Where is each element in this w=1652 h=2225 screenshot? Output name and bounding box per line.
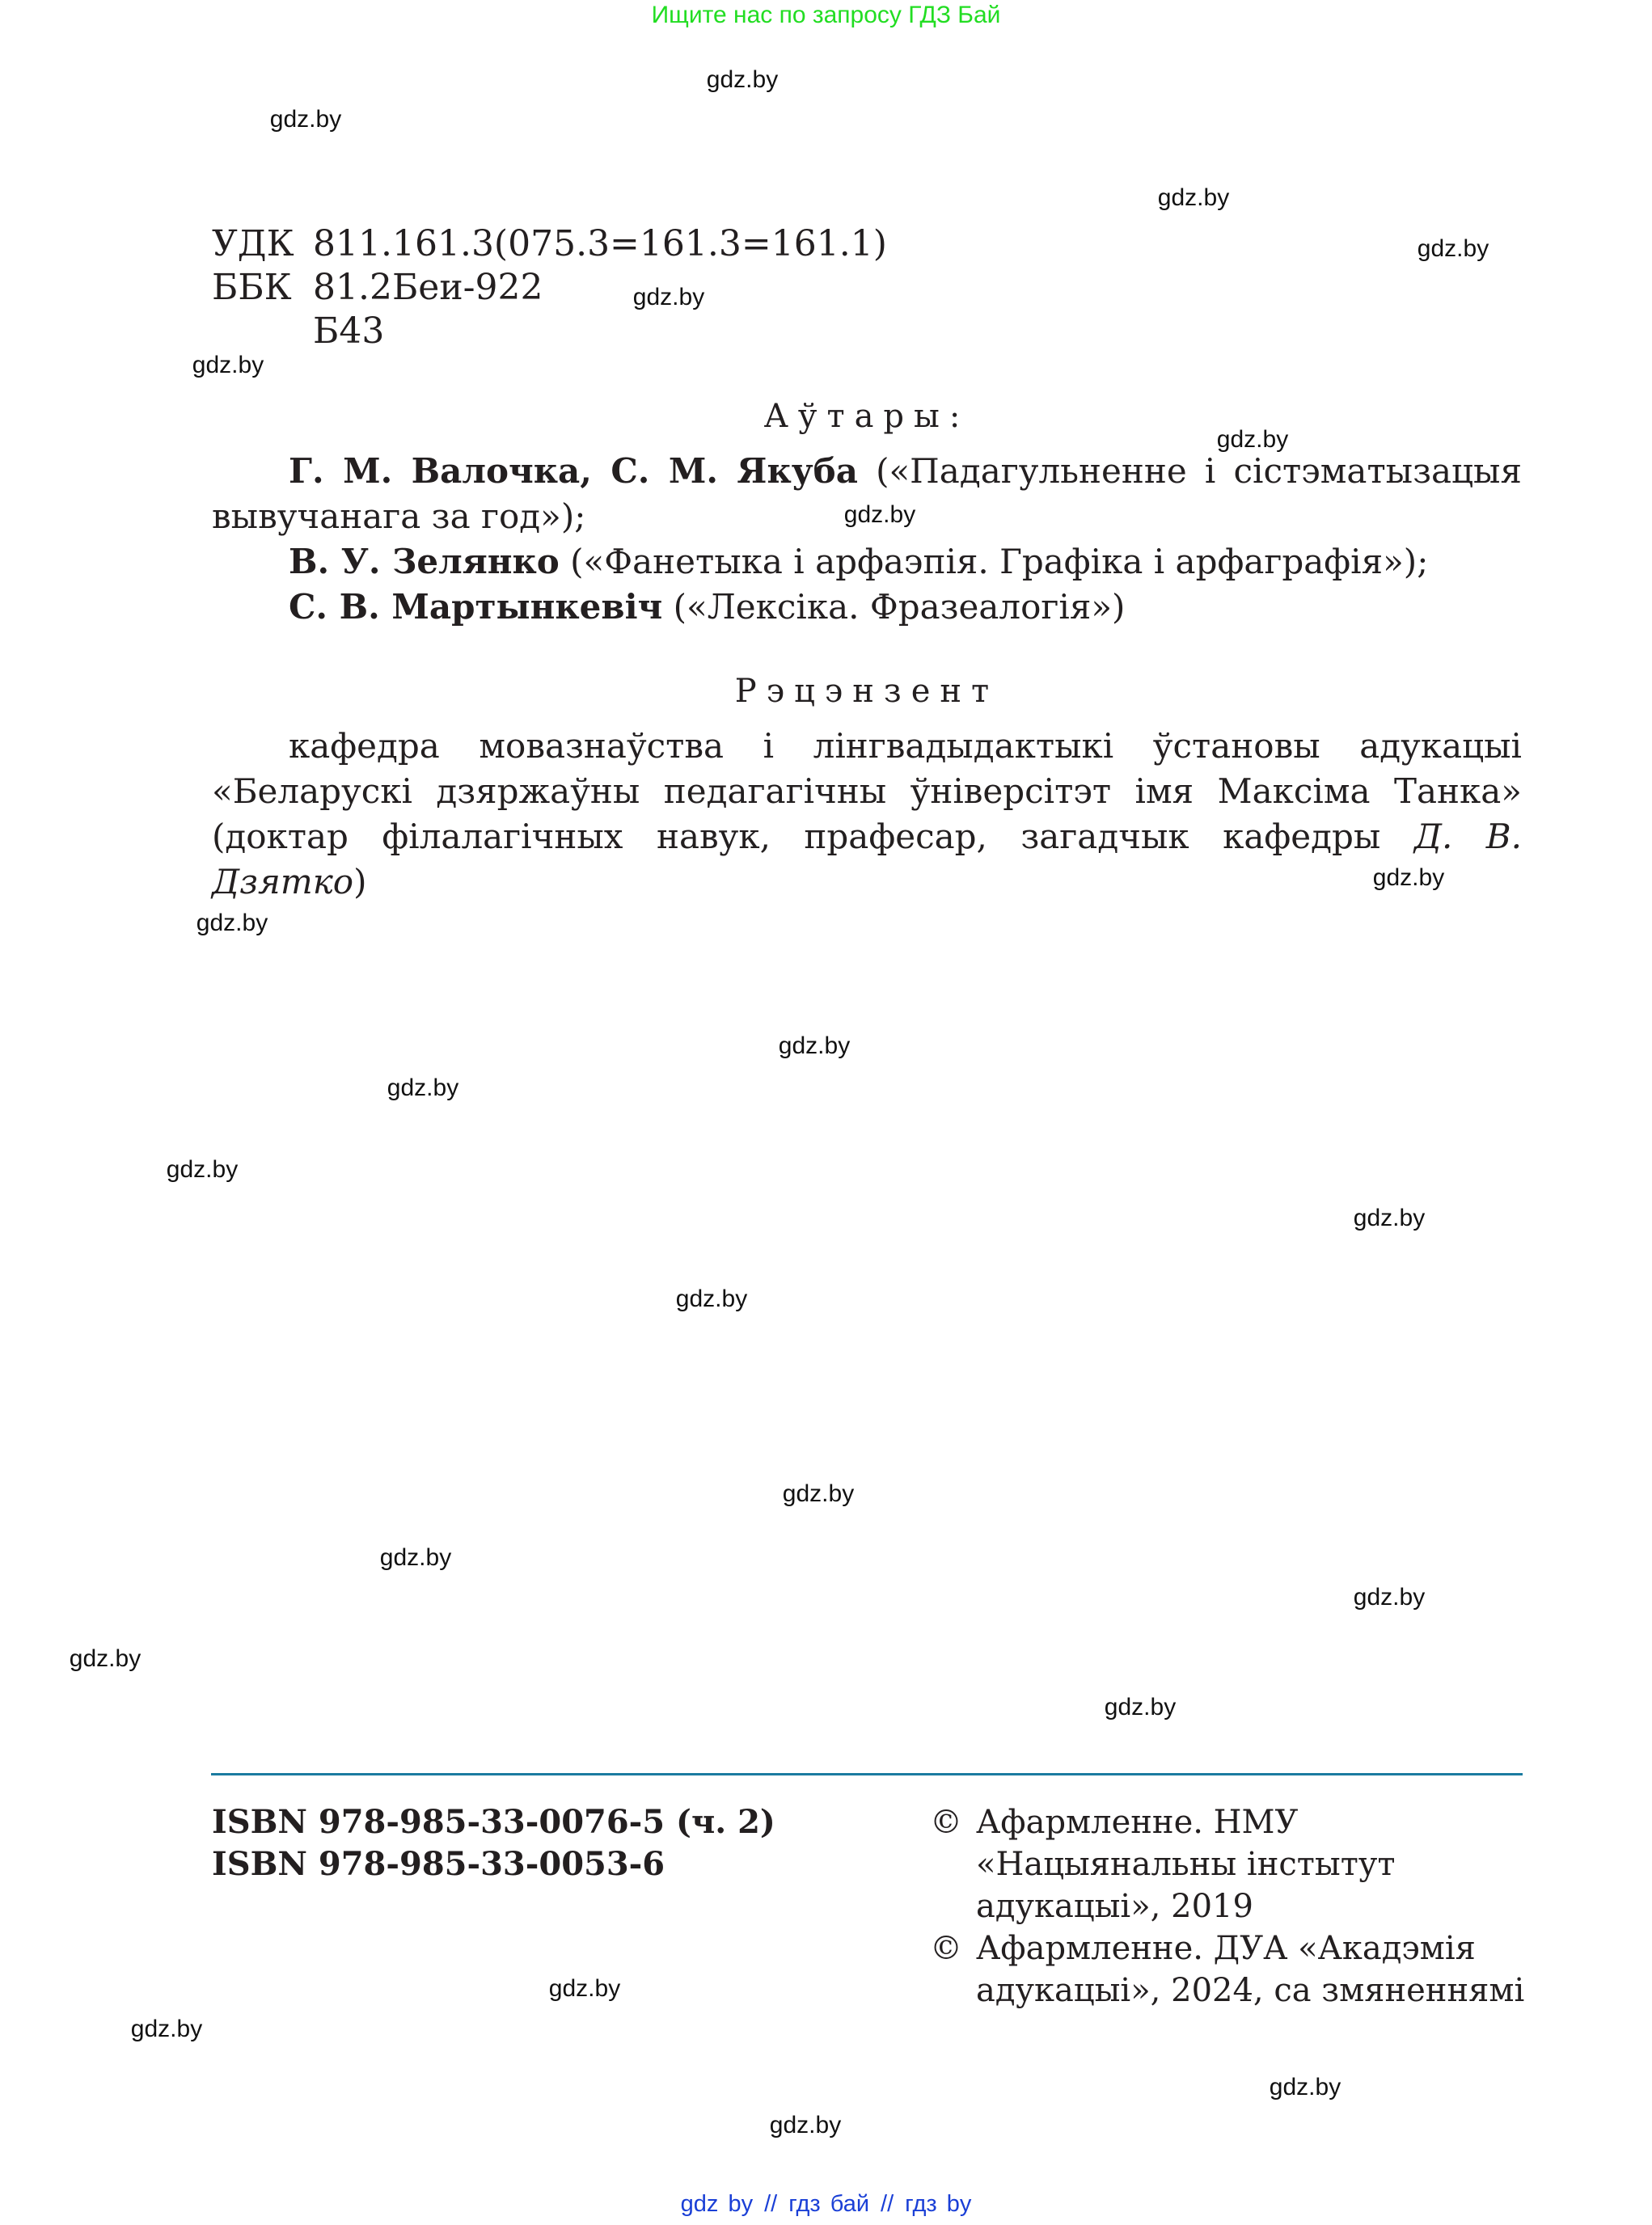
copyright-item: © Афармленне. ДУА «Акадэмія адукацыі», 2… — [930, 1927, 1528, 2012]
watermark: gdz.by — [676, 1286, 747, 1313]
watermark: gdz.by — [1105, 1694, 1176, 1721]
copyright-block: © Афармленне. НМУ «Нацыянальны інстытут … — [930, 1801, 1528, 2012]
copyright-icon: © — [930, 1927, 976, 2012]
udk-value: 811.161.3(075.3=161.3=161.1) — [313, 223, 887, 264]
footer-link-gdz-by-cyr[interactable]: гдз by — [905, 2191, 971, 2217]
author-entry: В. У. Зелянко («Фанетыка і арфаэпія. Гра… — [212, 539, 1522, 585]
copyright-icon: © — [930, 1801, 976, 1927]
author-names: В. У. Зелянко — [289, 542, 560, 581]
bbk-row: ББК81.2Беи-922 — [212, 266, 887, 310]
isbn-block: ISBN 978-985-33-0076-5 (ч. 2) ISBN 978-9… — [212, 1801, 775, 1885]
watermark: gdz.by — [1158, 184, 1229, 212]
divider-rule — [211, 1773, 1523, 1775]
watermark: gdz.by — [1418, 235, 1489, 263]
copyright-text: Афармленне. ДУА «Акадэмія адукацыі», 202… — [976, 1927, 1528, 2012]
watermark: gdz.by — [196, 910, 268, 937]
udk-row: УДК811.161.3(075.3=161.3=161.1) — [212, 222, 887, 266]
footer-links: gdz by//гдз бай//гдз by — [0, 2191, 1652, 2218]
reviewer-heading: Рэцэнзент — [212, 673, 1522, 710]
watermark: gdz.by — [380, 1544, 451, 1572]
authors-heading: Аўтары: — [212, 398, 1522, 435]
search-hint-banner: Ищите нас по запросу ГДЗ Бай — [0, 2, 1652, 29]
watermark: gdz.by — [779, 1032, 850, 1060]
author-names: С. В. Мартынкевіч — [289, 587, 662, 627]
reviewer-closing: ) — [353, 862, 366, 901]
watermark: gdz.by — [783, 1480, 854, 1508]
author-entry: Г. М. Валочка, С. М. Якуба («Падагульнен… — [212, 449, 1522, 539]
footer-link-gdz-by[interactable]: gdz by — [681, 2191, 753, 2217]
watermark: gdz.by — [1270, 2074, 1341, 2101]
reviewer-text: кафедра мовазнаўства і лінгвадыдактыкі ў… — [212, 724, 1522, 905]
watermark: gdz.by — [167, 1156, 238, 1184]
watermark: gdz.by — [549, 1975, 620, 2003]
author-section: («Лексіка. Фразеалогія») — [662, 587, 1125, 627]
watermark: gdz.by — [70, 1645, 141, 1673]
author-section: («Фанетыка і арфаэпія. Графіка і арфагра… — [560, 542, 1429, 581]
copyright-text: Афармленне. НМУ «Нацыянальны інстытут ад… — [976, 1801, 1528, 1927]
reviewer-institution: кафедра мовазнаўства і лінгвадыдактыкі ў… — [212, 726, 1522, 856]
reviewer-block: кафедра мовазнаўства і лінгвадыдактыкі ў… — [212, 724, 1522, 905]
copyright-item: © Афармленне. НМУ «Нацыянальны інстытут … — [930, 1801, 1528, 1927]
watermark: gdz.by — [387, 1075, 458, 1102]
watermark: gdz.by — [1354, 1584, 1425, 1611]
isbn-line: ISBN 978-985-33-0053-6 — [212, 1843, 775, 1885]
watermark: gdz.by — [707, 66, 778, 94]
watermark: gdz.by — [270, 106, 341, 133]
author-entry: С. В. Мартынкевіч («Лексіка. Фразеалогія… — [212, 585, 1522, 630]
bbk-value: 81.2Беи-922 — [313, 267, 543, 308]
watermark: gdz.by — [131, 2016, 202, 2043]
udk-label: УДК — [212, 222, 313, 266]
watermark: gdz.by — [770, 2112, 841, 2139]
authors-list: Г. М. Валочка, С. М. Якуба («Падагульнен… — [212, 449, 1522, 630]
watermark: gdz.by — [1354, 1205, 1425, 1232]
footer-separator: // — [764, 2191, 777, 2217]
author-mark: Б43 — [212, 310, 887, 353]
author-names: Г. М. Валочка, С. М. Якуба — [289, 451, 858, 491]
bbk-label: ББК — [212, 266, 313, 310]
footer-separator: // — [881, 2191, 894, 2217]
footer-link-gdz-bai[interactable]: гдз бай — [788, 2191, 869, 2217]
classification-codes: УДК811.161.3(075.3=161.3=161.1) ББК81.2Б… — [212, 222, 887, 353]
isbn-line: ISBN 978-985-33-0076-5 (ч. 2) — [212, 1801, 775, 1843]
watermark: gdz.by — [192, 352, 264, 379]
